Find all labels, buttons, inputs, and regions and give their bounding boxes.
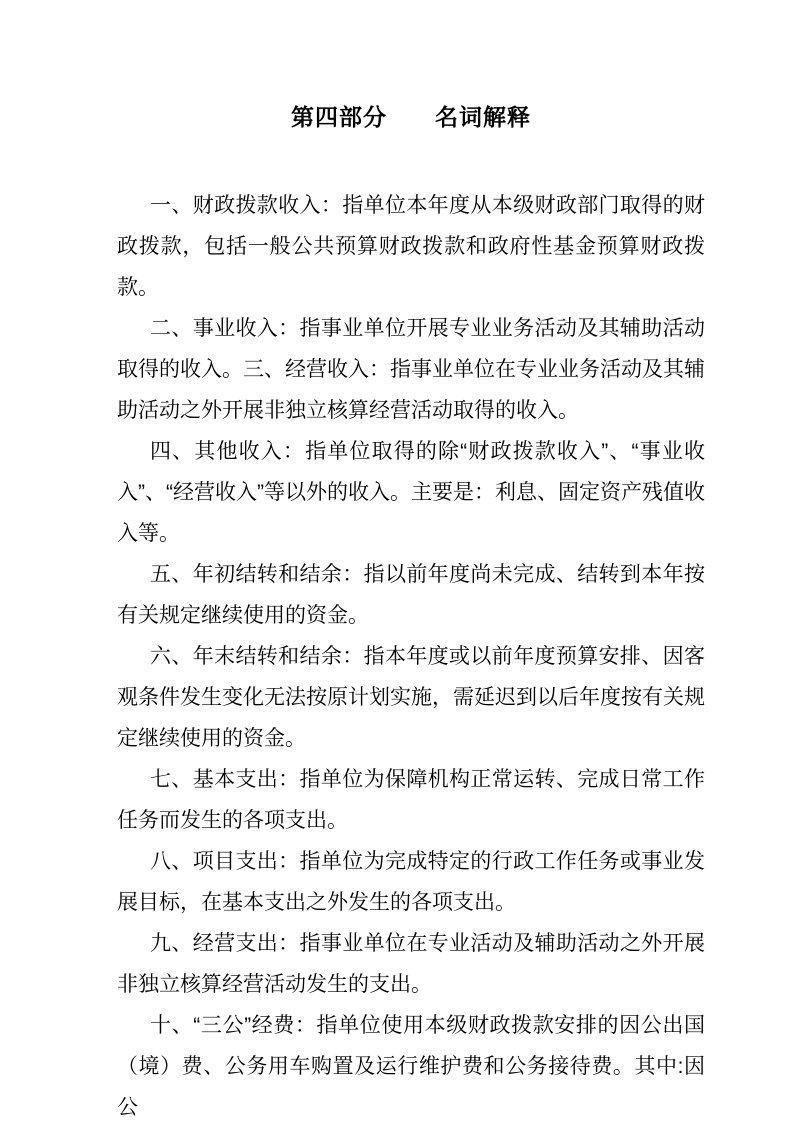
paragraph-three-public-funds: 十、“三公”经费：指单位使用本级财政拨款安排的因公出国（境）费、公务用车购置及运… <box>117 1005 705 1122</box>
document-page: 第四部分 名词解释 一、财政拨款收入：指单位本年度从本级财政部门取得的财政拨款，… <box>0 0 793 1122</box>
paragraph-year-end-carryover: 六、年末结转和结余：指本年度或以前年度预算安排、因客观条件发生变化无法按原计划实… <box>117 636 705 759</box>
paragraph-project-expenditure: 八、项目支出：指单位为完成特定的行政工作任务或事业发展目标，在基本支出之外发生的… <box>117 841 705 923</box>
document-content: 第四部分 名词解释 一、财政拨款收入：指单位本年度从本级财政部门取得的财政拨款，… <box>117 100 705 1122</box>
paragraph-operational-income: 二、事业收入：指事业单位开展专业业务活动及其辅助活动取得的收入。三、经营收入：指… <box>117 308 705 431</box>
paragraph-beginning-year-carryover: 五、年初结转和结余：指以前年度尚未完成、结转到本年按有关规定继续使用的资金。 <box>117 554 705 636</box>
document-title: 第四部分 名词解释 <box>117 100 705 134</box>
paragraph-basic-expenditure: 七、基本支出：指单位为保障机构正常运转、完成日常工作任务而发生的各项支出。 <box>117 759 705 841</box>
paragraph-operating-expenditure: 九、经营支出：指事业单位在专业活动及辅助活动之外开展非独立核算经营活动发生的支出… <box>117 923 705 1005</box>
paragraph-fiscal-appropriation-income: 一、财政拨款收入：指单位本年度从本级财政部门取得的财政拨款，包括一般公共预算财政… <box>117 185 705 308</box>
paragraph-other-income: 四、其他收入：指单位取得的除“财政拨款收入”、“事业收入”、“经营收入”等以外的… <box>117 431 705 554</box>
